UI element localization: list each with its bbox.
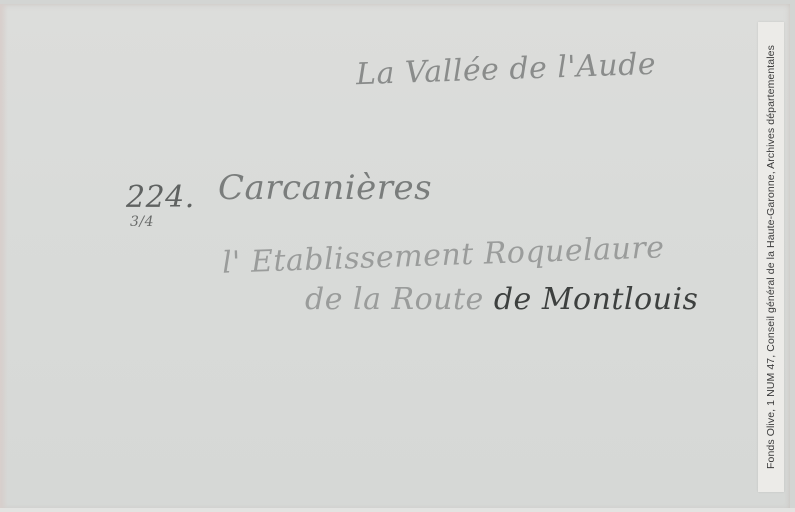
card-edge-bottom (0, 508, 795, 512)
card-edge-left (0, 4, 8, 510)
archive-caption-text: Fonds Olive, 1 NUM 47, Conseil général d… (765, 45, 777, 469)
handwritten-route-dark: de Montlouis (484, 282, 699, 317)
handwritten-number-sub: 3/4 (130, 214, 154, 230)
handwritten-line-route: de la Route de Montlouis (305, 282, 698, 317)
handwritten-route-light: de la Route (305, 282, 484, 317)
handwritten-place-name: Carcanières (218, 168, 432, 208)
handwritten-number: 224. (126, 180, 195, 215)
archive-caption-strip: Fonds Olive, 1 NUM 47, Conseil général d… (758, 22, 784, 492)
